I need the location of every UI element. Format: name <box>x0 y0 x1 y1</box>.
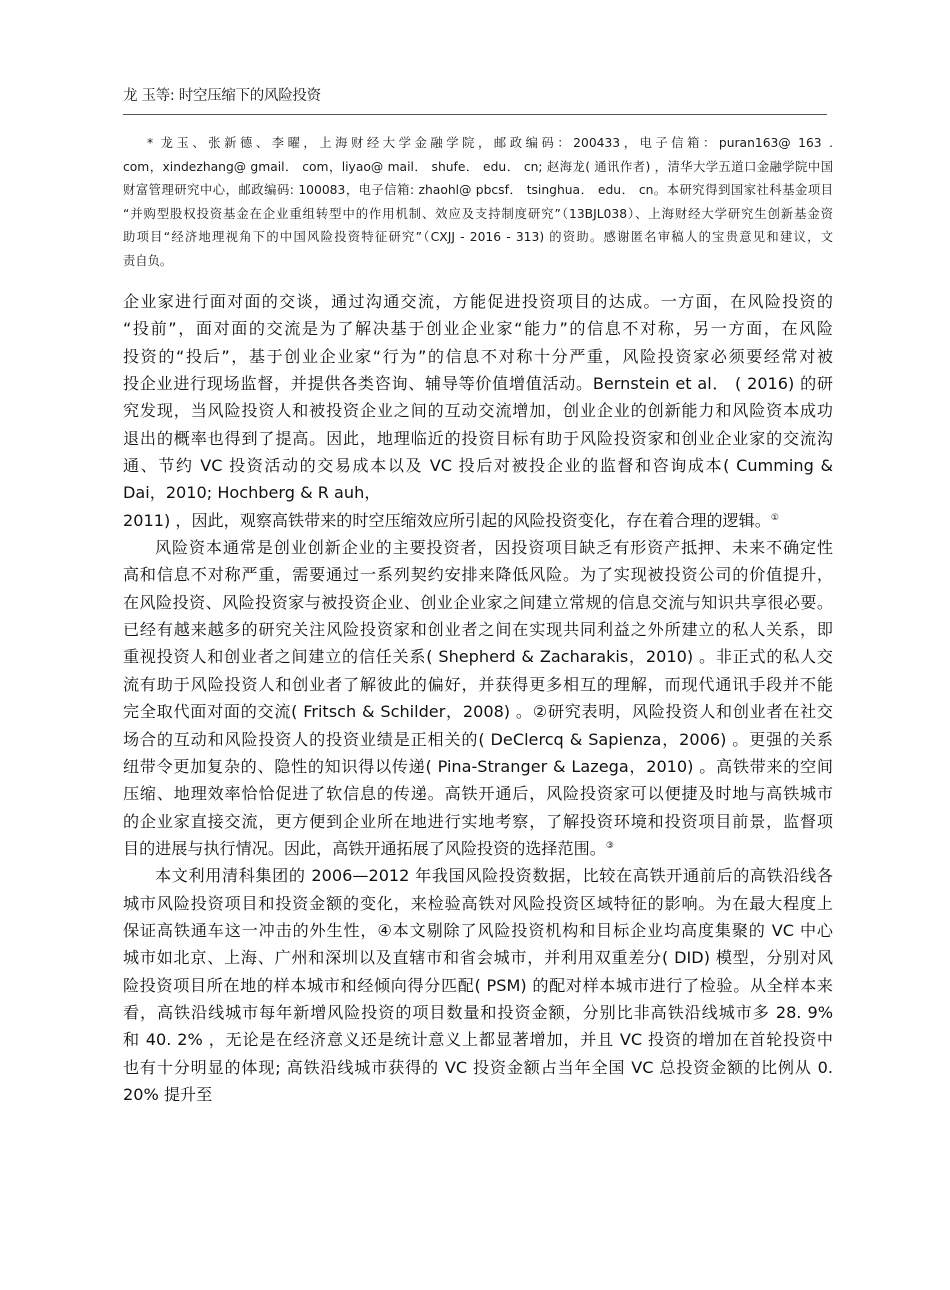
paragraph-2: 风险资本通常是创业创新企业的主要投资者，因投资项目缺乏有形资产抵押、未来不确定性… <box>123 534 833 862</box>
text-line-content: 2011) ，因此，观察高铁带来的时空压缩效应所引起的风险投资变化，存在着合理的… <box>123 511 771 530</box>
footnote-marker[interactable]: ① <box>771 513 779 523</box>
paragraph-1: 企业家进行面对面的交谈，通过沟通交流，方能促进投资项目的达成。一方面，在风险投资… <box>123 288 833 534</box>
text-line: 和 40. 2% ，无论是在经济意义还是统计意义上都显著增加，并且 VC 投资的… <box>123 1026 833 1053</box>
text-line: 风险资本通常是创业创新企业的主要投资者，因投资项目缺乏有形资产抵押、未来不确定性 <box>123 534 833 561</box>
text-line: 究发现，当风险投资人和被投资企业之间的互动交流增加，创业企业的创新能力和风险资本… <box>123 397 833 424</box>
text-line-content: 目的进展与执行情况。因此，高铁开通拓展了风险投资的选择范围。 <box>123 839 606 858</box>
text-line: 城市如北京、上海、广州和深圳以及直辖市和省会城市，并利用双重差分( DID) 模… <box>123 944 833 971</box>
text-line: 退出的概率也得到了提高。因此，地理临近的投资目标有助于风险投资家和创业企业家的交… <box>123 425 833 452</box>
footnote-line: 责自负。 <box>123 250 833 274</box>
text-line: 企业家进行面对面的交谈，通过沟通交流，方能促进投资项目的达成。一方面，在风险投资… <box>123 288 833 315</box>
footnote-line: “并购型股权投资基金在企业重组转型中的作用机制、效应及支持制度研究”（13BJL… <box>123 203 833 227</box>
text-line: 流有助于风险投资人和创业者了解彼此的偏好，并获得更多相互的理解，而现代通讯手段并… <box>123 671 833 698</box>
running-header-title: 龙 玉等: 时空压缩下的风险投资 <box>123 84 321 105</box>
text-line: “投前”，面对面的交流是为了解决基于创业企业家“能力”的信息不对称，另一方面，在… <box>123 315 833 342</box>
author-footnote: * 龙玉、张新德、李曜，上海财经大学金融学院，邮政编码：200433，电子信箱：… <box>123 132 833 274</box>
footnote-line: * 龙玉、张新德、李曜，上海财经大学金融学院，邮政编码：200433，电子信箱：… <box>123 132 833 156</box>
text-line: 20% 提升至 <box>123 1081 833 1108</box>
footnote-line: com，xindezhang@ gmail． com，liyao@ mail． … <box>123 156 833 180</box>
footnote-line: 财富管理研究中心，邮政编码: 100083，电子信箱: zhaohl@ pbcs… <box>123 179 833 203</box>
text-line: 场合的互动和风险投资人的投资业绩是正相关的( DeClercq & Sapien… <box>123 726 833 753</box>
body-text: 企业家进行面对面的交谈，通过沟通交流，方能促进投资项目的达成。一方面，在风险投资… <box>123 288 833 1108</box>
text-line: 城市风险投资项目和投资金额的变化，来检验高铁对风险投资区域特征的影响。为在最大程… <box>123 890 833 917</box>
paragraph-3: 本文利用清科集团的 2006—2012 年我国风险投资数据，比较在高铁开通前后的… <box>123 862 833 1108</box>
footnote-line: 助项目“经济地理视角下的中国风险投资特征研究”（CXJJ - 2016 - 31… <box>123 226 833 250</box>
footnote-marker[interactable]: ③ <box>606 841 614 851</box>
document-page: 龙 玉等: 时空压缩下的风险投资 * 龙玉、张新德、李曜，上海财经大学金融学院，… <box>0 0 950 1290</box>
text-line: 完全取代面对面的交流( Fritsch & Schilder，2008) 。②研… <box>123 698 833 725</box>
text-line: 纽带令更加复杂的、隐性的知识得以传递( Pina-Stranger & Laze… <box>123 753 833 780</box>
text-line: 在风险投资、风险投资家与被投资企业、创业企业家之间建立常规的信息交流与知识共享很… <box>123 589 833 616</box>
text-line: 目的进展与执行情况。因此，高铁开通拓展了风险投资的选择范围。③ <box>123 835 833 862</box>
text-line: 高和信息不对称严重，需要通过一系列契约安排来降低风险。为了实现被投资公司的价值提… <box>123 561 833 588</box>
text-line: 通、节约 VC 投资活动的交易成本以及 VC 投后对被投企业的监督和咨询成本( … <box>123 452 833 479</box>
text-line: 看，高铁沿线城市每年新增风险投资的项目数量和投资金额，分别比非高铁沿线城市多 2… <box>123 999 833 1026</box>
text-line: 险投资项目所在地的样本城市和经倾向得分匹配( PSM) 的配对样本城市进行了检验… <box>123 972 833 999</box>
text-line: 投资的“投后”，基于创业企业家“行为”的信息不对称十分严重，风险投资家必须要经常… <box>123 343 833 370</box>
text-line: 的企业家直接交流，更方便到企业所在地进行实地考察，了解投资环境和投资项目前景，监… <box>123 808 833 835</box>
text-line: 保证高铁通车这一冲击的外生性，④本文剔除了风险投资机构和目标企业均高度集聚的 V… <box>123 917 833 944</box>
text-line: 2011) ，因此，观察高铁带来的时空压缩效应所引起的风险投资变化，存在着合理的… <box>123 507 833 534</box>
text-line: 已经有越来越多的研究关注风险投资家和创业者之间在实现共同利益之外所建立的私人关系… <box>123 616 833 643</box>
text-line: 重视投资人和创业者之间建立的信任关系( Shepherd & Zacharaki… <box>123 643 833 670</box>
text-line: Dai，2010; Hochberg & R auh， <box>123 479 833 506</box>
text-line: 投企业进行现场监督，并提供各类咨询、辅导等价值增值活动。Bernstein et… <box>123 370 833 397</box>
header-divider <box>123 114 827 115</box>
text-line: 压缩、地理效率恰恰促进了软信息的传递。高铁开通后，风险投资家可以便捷及时地与高铁… <box>123 780 833 807</box>
text-line: 也有十分明显的体现; 高铁沿线城市获得的 VC 投资金额占当年全国 VC 总投资… <box>123 1054 833 1081</box>
text-line: 本文利用清科集团的 2006—2012 年我国风险投资数据，比较在高铁开通前后的… <box>123 862 833 889</box>
